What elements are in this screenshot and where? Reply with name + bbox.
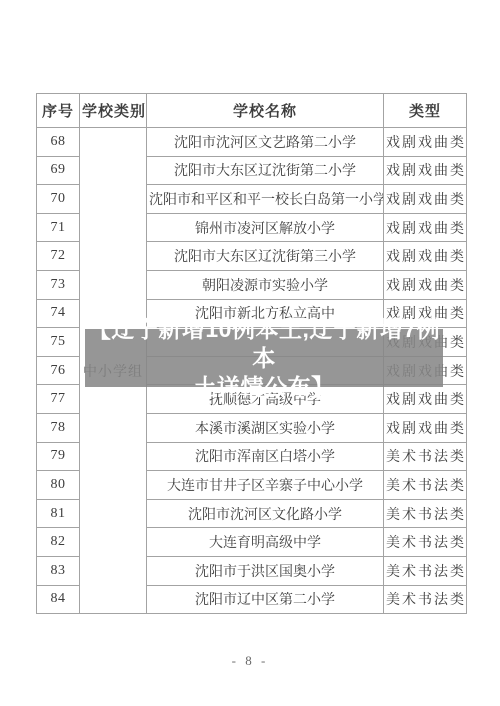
cell-type: 美术书法类 [384,499,467,528]
cell-name: 沈阳市沈河区文艺路第二小学 [147,128,384,157]
cell-no: 84 [37,585,80,614]
cell-name: 沈阳市大东区辽沈街第三小学 [147,242,384,271]
news-caption-line1: 【辽宁新增10例本土,辽宁新增7例本 [85,315,443,373]
cell-no: 69 [37,156,80,185]
cell-name: 沈阳市大东区辽沈街第二小学 [147,156,384,185]
cell-no: 73 [37,270,80,299]
cell-name: 大连育明高级中学 [147,528,384,557]
header-category: 学校类别 [80,94,147,128]
cell-type: 戏剧戏曲类 [384,385,467,414]
table-row: 68 中小学组 沈阳市沈河区文艺路第二小学 戏剧戏曲类 [37,128,467,157]
cell-no: 76 [37,356,80,385]
cell-type: 美术书法类 [384,585,467,614]
cell-type: 戏剧戏曲类 [384,242,467,271]
cell-type: 美术书法类 [384,556,467,585]
cell-name: 大连市甘井子区辛寨子中心小学 [147,471,384,500]
cell-no: 68 [37,128,80,157]
cell-no: 74 [37,299,80,328]
cell-no: 82 [37,528,80,557]
table-header-row: 序号 学校类别 学校名称 类型 [37,94,467,128]
cell-type: 戏剧戏曲类 [384,270,467,299]
cell-name: 沈阳市于洪区国奥小学 [147,556,384,585]
cell-type: 戏剧戏曲类 [384,213,467,242]
cell-no: 75 [37,328,80,357]
cell-name: 沈阳市辽中区第二小学 [147,585,384,614]
news-caption-overlay: 【辽宁新增10例本土,辽宁新增7例本 土详情公布】 [85,329,443,387]
cell-name: 本溪市溪湖区实验小学 [147,413,384,442]
cell-no: 71 [37,213,80,242]
cell-no: 83 [37,556,80,585]
cell-name: 沈阳市和平区和平一校长白岛第一小学 [147,185,384,214]
cell-name: 沈阳市沈河区文化路小学 [147,499,384,528]
cell-type: 戏剧戏曲类 [384,128,467,157]
cell-type: 戏剧戏曲类 [384,413,467,442]
cell-no: 77 [37,385,80,414]
news-caption-line2: 土详情公布】 [194,373,335,402]
header-no: 序号 [37,94,80,128]
cell-type: 戏剧戏曲类 [384,185,467,214]
header-name: 学校名称 [147,94,384,128]
cell-type: 美术书法类 [384,528,467,557]
cell-name: 锦州市凌河区解放小学 [147,213,384,242]
cell-type: 戏剧戏曲类 [384,156,467,185]
cell-name: 沈阳市浑南区白塔小学 [147,442,384,471]
cell-type: 美术书法类 [384,442,467,471]
cell-no: 81 [37,499,80,528]
page-number: - 8 - [0,653,500,669]
header-type: 类型 [384,94,467,128]
cell-no: 72 [37,242,80,271]
cell-no: 78 [37,413,80,442]
document-page: 序号 学校类别 学校名称 类型 68 中小学组 沈阳市沈河区文艺路第二小学 戏剧… [0,0,500,706]
cell-type: 美术书法类 [384,471,467,500]
cell-no: 79 [37,442,80,471]
cell-no: 80 [37,471,80,500]
cell-name: 朝阳凌源市实验小学 [147,270,384,299]
cell-no: 70 [37,185,80,214]
